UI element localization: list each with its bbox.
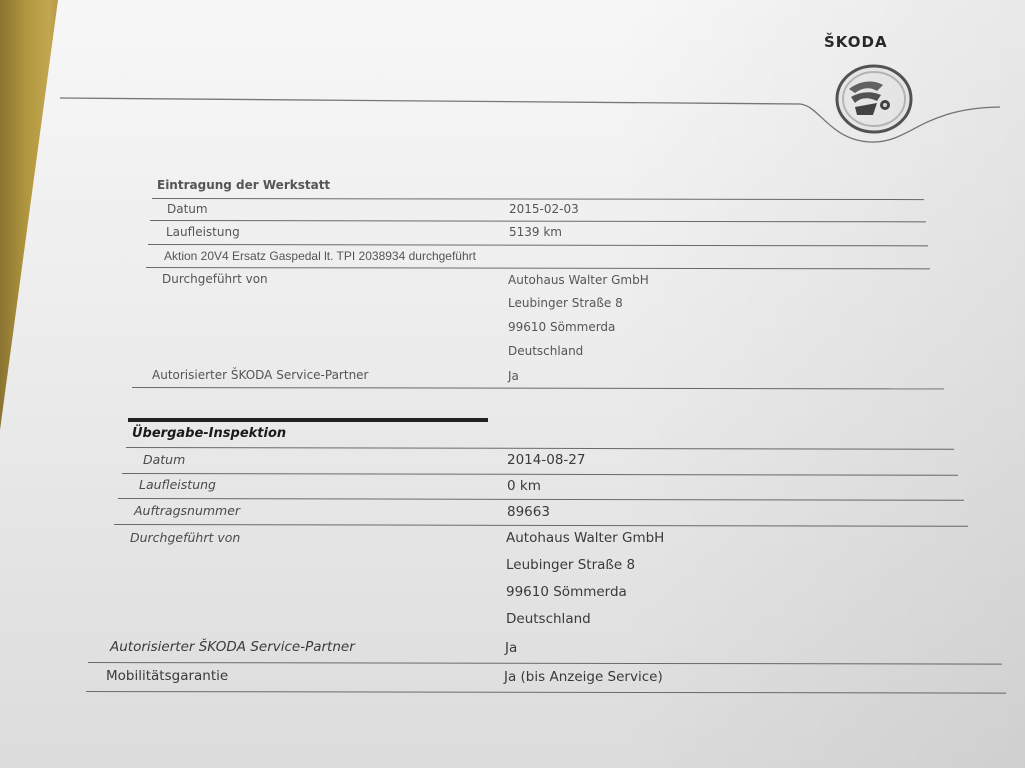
row-label-performed-by: Durchgeführt von — [162, 272, 268, 286]
divider — [148, 244, 928, 246]
brand-wordmark: ŠKODA — [824, 33, 888, 51]
section-title: Übergabe-Inspektion — [132, 426, 286, 441]
row-value-authorized-partner: Ja — [508, 369, 519, 383]
row-label-mileage: Laufleistung — [139, 477, 216, 492]
row-value-mileage: 0 km — [507, 478, 541, 494]
divider — [122, 473, 958, 476]
row-label-date: Datum — [143, 452, 185, 467]
row-label-date: Datum — [167, 202, 208, 216]
address-line: Leubinger Straße 8 — [508, 296, 623, 310]
divider — [150, 220, 926, 222]
address-line: Deutschland — [506, 611, 591, 627]
row-label-mobility-guarantee: Mobilitätsgarantie — [106, 668, 228, 684]
divider — [126, 447, 954, 450]
row-value-order-number: 89663 — [507, 504, 550, 520]
action-note: Aktion 20V4 Ersatz Gaspedal lt. TPI 2038… — [164, 249, 476, 263]
row-label-authorized-partner: Autorisierter ŠKODA Service-Partner — [152, 368, 369, 382]
skoda-logo-icon — [833, 63, 915, 135]
row-label-authorized-partner: Autorisierter ŠKODA Service-Partner — [110, 639, 355, 655]
address-line: Deutschland — [508, 344, 583, 358]
address-line: Leubinger Straße 8 — [506, 557, 635, 573]
row-value-date: 2015-02-03 — [509, 202, 579, 216]
row-value-mileage: 5139 km — [509, 225, 562, 239]
section-accent-bar — [128, 418, 488, 422]
service-booklet-page: ŠKODA Eintragung der Werkstatt Datum 201… — [0, 0, 1025, 768]
address-line: 99610 Sömmerda — [508, 320, 615, 334]
row-value-date: 2014-08-27 — [507, 452, 585, 468]
address-line: 99610 Sömmerda — [506, 584, 627, 600]
row-value-authorized-partner: Ja — [505, 640, 517, 656]
divider — [132, 387, 944, 389]
divider — [118, 498, 964, 501]
address-line: Autohaus Walter GmbH — [508, 273, 649, 287]
section-title: Eintragung der Werkstatt — [157, 178, 330, 192]
divider — [88, 662, 1002, 665]
divider — [114, 524, 968, 527]
address-line: Autohaus Walter GmbH — [506, 530, 664, 546]
row-label-mileage: Laufleistung — [166, 225, 240, 239]
row-label-performed-by: Durchgeführt von — [130, 530, 240, 545]
row-label-order-number: Auftragsnummer — [134, 503, 240, 518]
row-value-mobility-guarantee: Ja (bis Anzeige Service) — [504, 669, 663, 685]
divider — [86, 691, 1006, 694]
divider — [146, 267, 930, 269]
